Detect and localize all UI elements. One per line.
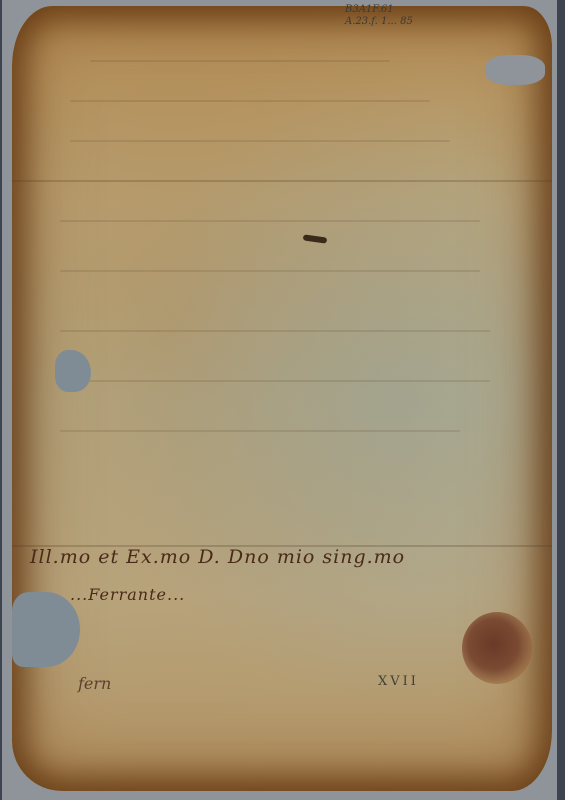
- folio-number: XVII: [378, 674, 419, 689]
- faded-text-line: [60, 270, 480, 272]
- faded-text-line: [60, 330, 490, 332]
- paper-damage-hole: [55, 350, 91, 392]
- archive-mark-line1: B3A1F.61: [345, 4, 413, 16]
- fold-line: [12, 180, 552, 182]
- archive-mark-line2: A.23.f. 1... 85: [345, 16, 413, 28]
- faded-text-line: [60, 380, 490, 382]
- faded-text-line: [70, 100, 430, 102]
- paper-edge-loss: [485, 55, 545, 85]
- faded-text-line: [70, 140, 450, 142]
- docket-signature: fern: [78, 674, 111, 693]
- address-line-1: Ill.mo et Ex.mo D. Dno mio sing.mo: [30, 546, 405, 568]
- faded-text-line: [60, 220, 480, 222]
- faded-text-line: [60, 430, 460, 432]
- archive-mark: B3A1F.61 A.23.f. 1... 85: [345, 4, 413, 28]
- faded-text-line: [90, 60, 390, 62]
- wax-seal-stain: [462, 612, 532, 684]
- address-line-2: ...Ferrante...: [70, 585, 185, 604]
